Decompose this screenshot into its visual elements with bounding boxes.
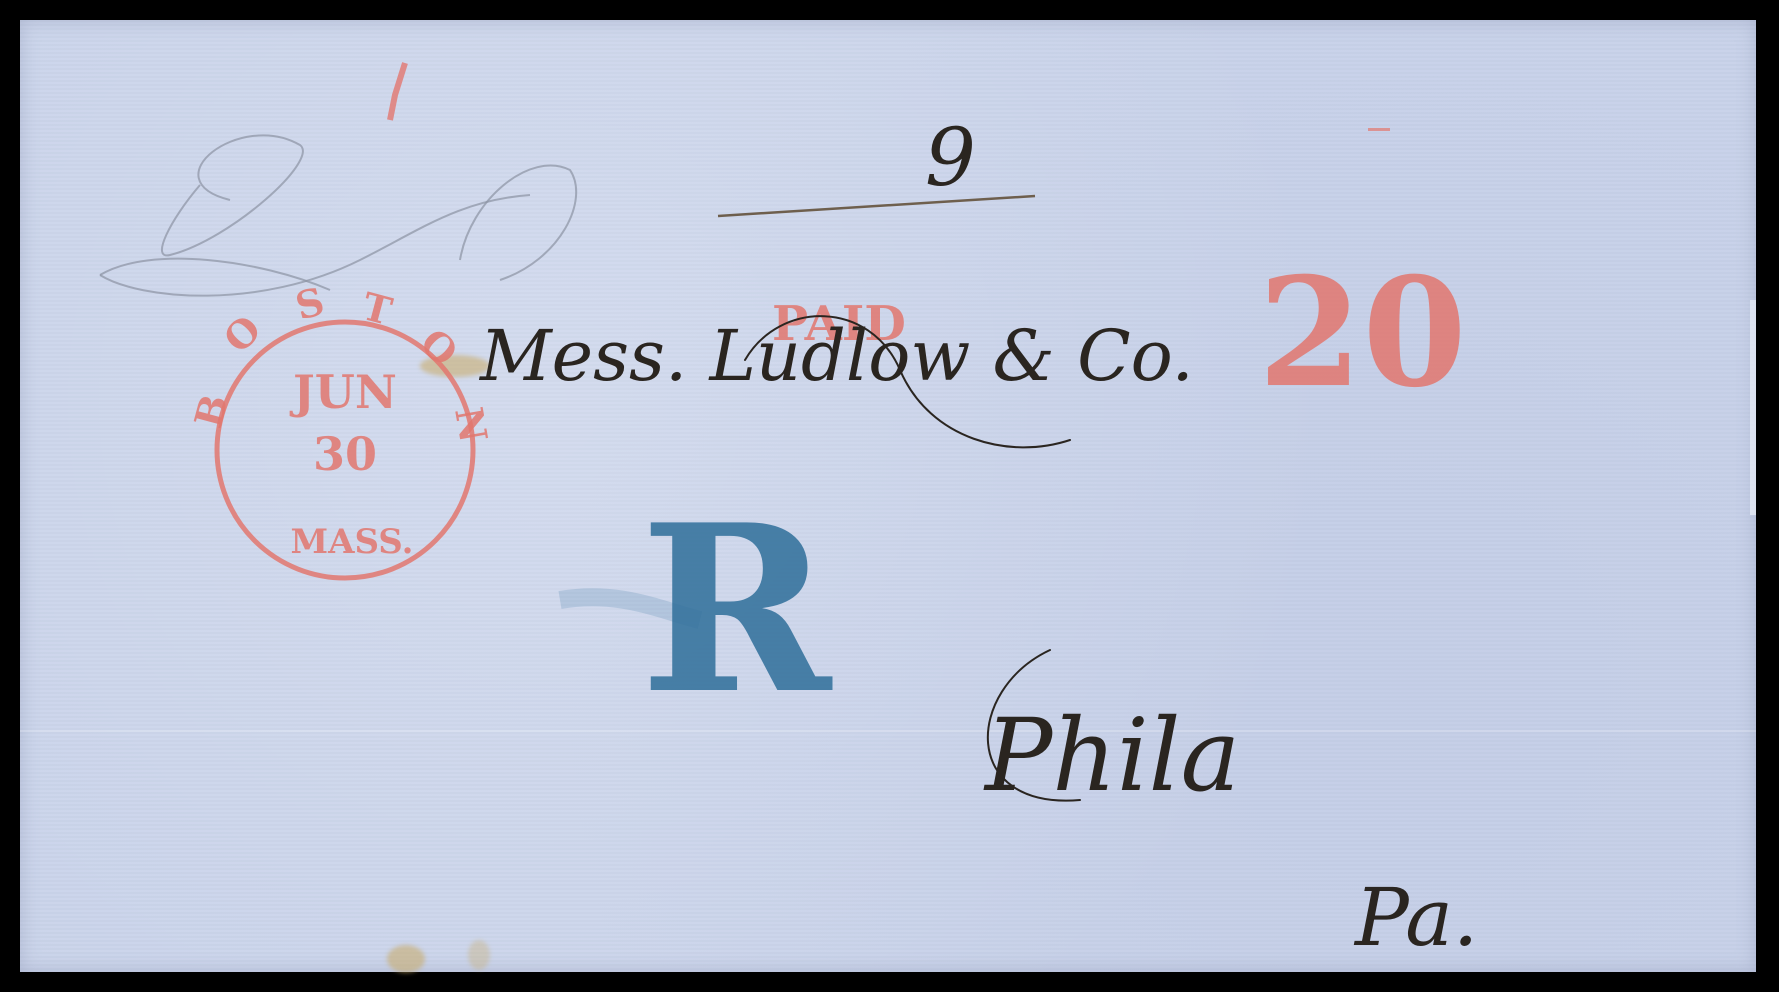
address-line-1: Mess. Ludlow & Co.: [478, 315, 1194, 397]
svg-text:S: S: [291, 278, 329, 329]
svg-text:R: R: [640, 475, 833, 745]
red-dash-mark: [1368, 128, 1390, 131]
address-line-3: Pa.: [1353, 871, 1478, 964]
manuscript-rate: 9: [718, 111, 1035, 216]
svg-text:N: N: [446, 404, 496, 446]
postmark-day: 30: [313, 427, 377, 481]
address-line-2: Phila: [983, 697, 1240, 814]
postmark-state: MASS.: [290, 522, 413, 562]
red-stroke-mark: [390, 63, 405, 120]
registered-r-handstamp: R: [560, 475, 833, 745]
svg-text:O: O: [412, 320, 467, 375]
boston-postmark: B O S T O N JUN 30 MASS.: [185, 278, 496, 578]
cover-markings: B O S T O N JUN 30 MASS. PAID 20 R 9 Mes…: [0, 0, 1779, 992]
postmark-month: JUN: [289, 365, 397, 419]
svg-text:9: 9: [925, 111, 976, 204]
rate-handstamp: 20: [1258, 245, 1467, 421]
svg-text:T: T: [358, 283, 397, 334]
pencil-notation: [100, 135, 576, 295]
